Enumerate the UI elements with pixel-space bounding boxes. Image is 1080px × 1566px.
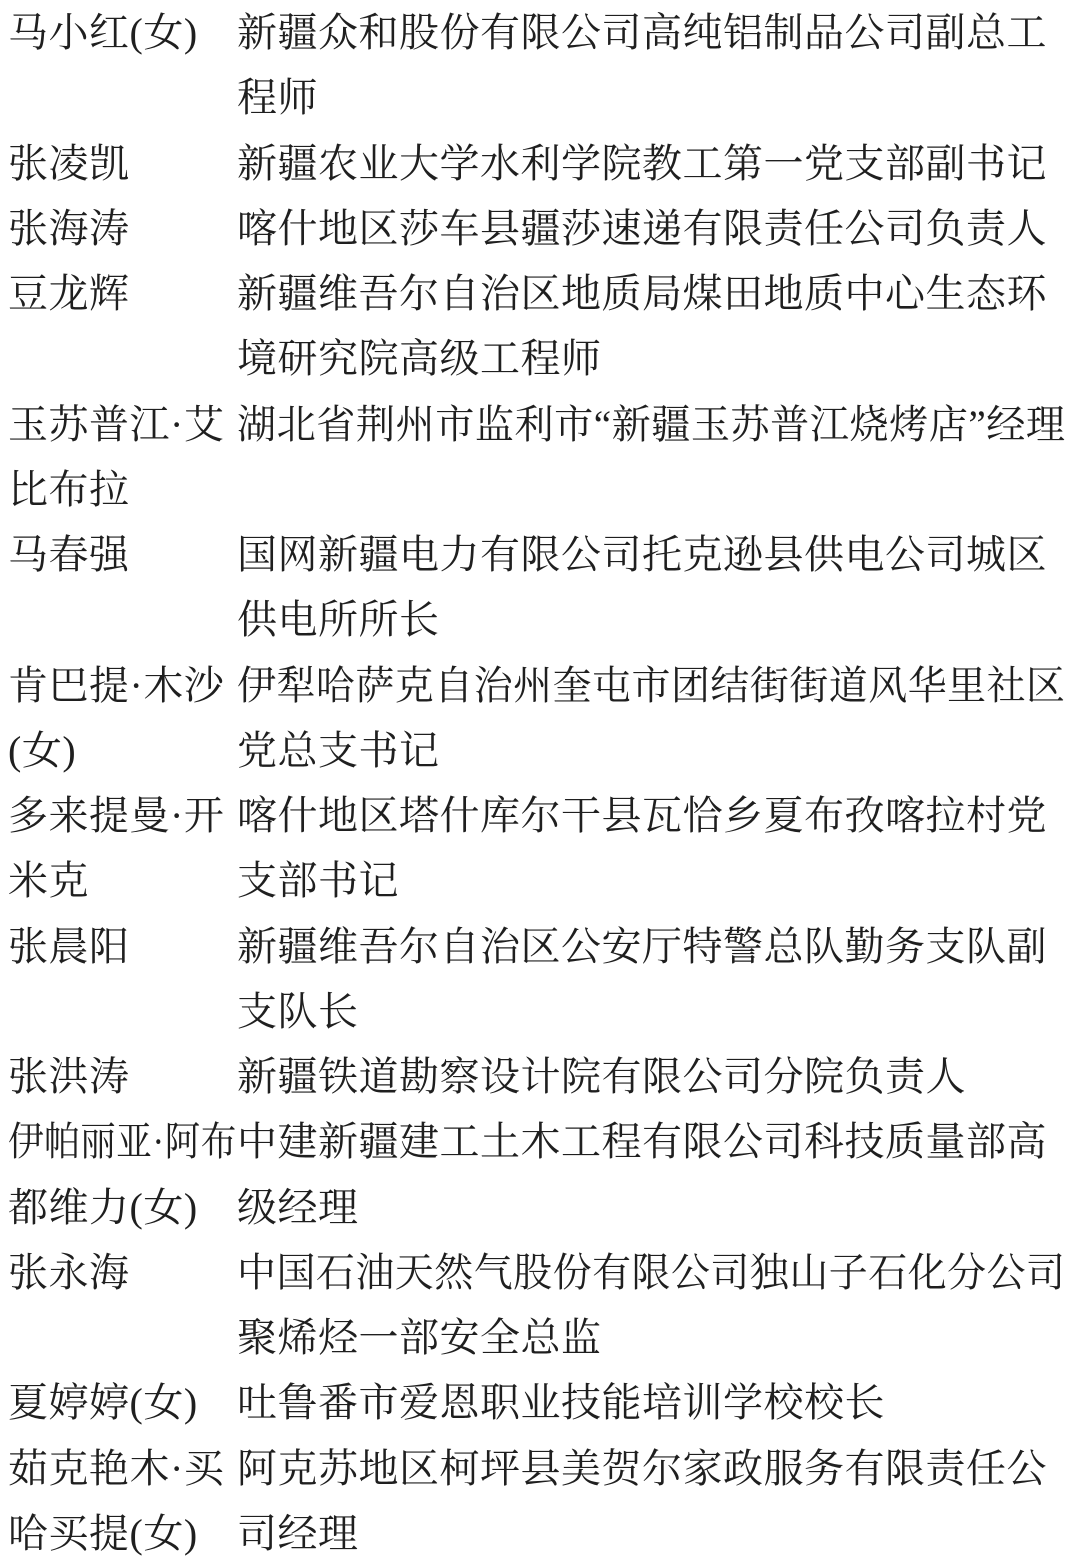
name-text: 张永海 (8, 1240, 130, 1305)
position-line: 支部书记 (237, 848, 1066, 913)
position-line: 党总支书记 (237, 718, 1066, 783)
position-text: 新疆铁道勘察设计院有限公司分院负责人 (237, 1044, 966, 1109)
position-text: 阿克苏地区柯坪县美贺尔家政服务有限责任公 (237, 1436, 1047, 1501)
person-position: 伊犁哈萨克自治州奎屯市团结街街道风华里社区党总支书记 (237, 653, 1080, 784)
person-name: 马小红(女) (0, 0, 237, 65)
position-text: 新疆维吾尔自治区公安厅特警总队勤务支队副 (237, 914, 1047, 979)
name-line: 都维力(女) (8, 1175, 237, 1240)
position-line: 新疆维吾尔自治区地质局煤田地质中心生态环 (237, 261, 1066, 326)
roster-row: 肯巴提·木沙(女) 伊犁哈萨克自治州奎屯市团结街街道风华里社区党总支书记 (0, 653, 1080, 784)
position-line: 湖北省荆州市监利市“新疆玉苏普江烧烤店”经理 (237, 392, 1066, 457)
position-text: 吐鲁番市爱恩职业技能培训学校校长 (237, 1370, 885, 1435)
name-line: 马小红(女) (8, 0, 237, 65)
roster-row: 马小红(女) 新疆众和股份有限公司高纯铝制品公司副总工程师 (0, 0, 1080, 131)
position-line: 新疆农业大学水利学院教工第一党支部副书记 (237, 131, 1066, 196)
name-text: 都维力(女) (8, 1175, 198, 1240)
position-line: 吐鲁番市爱恩职业技能培训学校校长 (237, 1370, 1066, 1435)
person-name: 多来提曼·开米克 (0, 783, 237, 914)
position-text: 喀什地区莎车县疆莎速递有限责任公司负责人 (237, 196, 1047, 261)
roster-list: 马小红(女) 新疆众和股份有限公司高纯铝制品公司副总工程师 张凌凯 新疆农业大学… (0, 0, 1080, 1566)
name-text: 玉苏普江·艾 (8, 392, 224, 457)
person-name: 马春强 (0, 522, 237, 587)
person-name: 伊帕丽亚·阿布都维力(女) (0, 1109, 237, 1240)
position-text: 供电所所长 (237, 587, 440, 652)
person-position: 新疆农业大学水利学院教工第一党支部副书记 (237, 131, 1080, 196)
person-name: 张海涛 (0, 196, 237, 261)
name-text: 豆龙辉 (8, 261, 130, 326)
position-line: 程师 (237, 65, 1066, 130)
position-line: 新疆维吾尔自治区公安厅特警总队勤务支队副 (237, 914, 1066, 979)
name-line: 伊帕丽亚·阿布 (8, 1109, 237, 1174)
name-text: 伊帕丽亚·阿布 (8, 1109, 237, 1174)
name-line: 张凌凯 (8, 131, 237, 196)
position-line: 中国石油天然气股份有限公司独山子石化分公司 (237, 1240, 1066, 1305)
position-text: 国网新疆电力有限公司托克逊县供电公司城区 (237, 522, 1047, 587)
roster-row: 张凌凯 新疆农业大学水利学院教工第一党支部副书记 (0, 131, 1080, 196)
person-position: 国网新疆电力有限公司托克逊县供电公司城区供电所所长 (237, 522, 1080, 653)
position-text: 支部书记 (237, 848, 399, 913)
position-line: 级经理 (237, 1175, 1066, 1240)
name-text: (女) (8, 718, 76, 783)
person-name: 夏婷婷(女) (0, 1370, 237, 1435)
name-text: 张凌凯 (8, 131, 130, 196)
position-line: 伊犁哈萨克自治州奎屯市团结街街道风华里社区 (237, 653, 1066, 718)
position-text: 司经理 (237, 1501, 359, 1566)
person-position: 湖北省荆州市监利市“新疆玉苏普江烧烤店”经理 (237, 392, 1080, 457)
position-line: 喀什地区塔什库尔干县瓦恰乡夏布孜喀拉村党 (237, 783, 1066, 848)
name-line: 比布拉 (8, 457, 237, 522)
person-position: 喀什地区莎车县疆莎速递有限责任公司负责人 (237, 196, 1080, 261)
name-line: 马春强 (8, 522, 237, 587)
person-position: 吐鲁番市爱恩职业技能培训学校校长 (237, 1370, 1080, 1435)
roster-row: 张海涛 喀什地区莎车县疆莎速递有限责任公司负责人 (0, 196, 1080, 261)
person-name: 张凌凯 (0, 131, 237, 196)
roster-row: 玉苏普江·艾比布拉 湖北省荆州市监利市“新疆玉苏普江烧烤店”经理 (0, 392, 1080, 523)
name-line: 玉苏普江·艾 (8, 392, 237, 457)
position-text: 新疆农业大学水利学院教工第一党支部副书记 (237, 131, 1047, 196)
name-line: (女) (8, 718, 237, 783)
position-line: 喀什地区莎车县疆莎速递有限责任公司负责人 (237, 196, 1066, 261)
name-line: 茹克艳木·买 (8, 1436, 237, 1501)
name-text: 比布拉 (8, 457, 130, 522)
roster-row: 多来提曼·开米克 喀什地区塔什库尔干县瓦恰乡夏布孜喀拉村党支部书记 (0, 783, 1080, 914)
position-text: 支队长 (237, 979, 359, 1044)
name-line: 张洪涛 (8, 1044, 237, 1109)
position-text: 喀什地区塔什库尔干县瓦恰乡夏布孜喀拉村党 (237, 783, 1047, 848)
position-text: 中国石油天然气股份有限公司独山子石化分公司 (237, 1240, 1066, 1305)
position-text: 党总支书记 (237, 718, 440, 783)
person-position: 新疆铁道勘察设计院有限公司分院负责人 (237, 1044, 1080, 1109)
person-name: 豆龙辉 (0, 261, 237, 326)
person-name: 张晨阳 (0, 914, 237, 979)
roster-row: 马春强 国网新疆电力有限公司托克逊县供电公司城区供电所所长 (0, 522, 1080, 653)
name-line: 张海涛 (8, 196, 237, 261)
roster-row: 夏婷婷(女) 吐鲁番市爱恩职业技能培训学校校长 (0, 1370, 1080, 1435)
name-text: 多来提曼·开 (8, 783, 224, 848)
roster-row: 张洪涛 新疆铁道勘察设计院有限公司分院负责人 (0, 1044, 1080, 1109)
position-line: 新疆铁道勘察设计院有限公司分院负责人 (237, 1044, 1066, 1109)
person-position: 新疆维吾尔自治区地质局煤田地质中心生态环境研究院高级工程师 (237, 261, 1080, 392)
name-text: 张晨阳 (8, 914, 130, 979)
position-line: 司经理 (237, 1501, 1066, 1566)
position-line: 中建新疆建工土木工程有限公司科技质量部高 (237, 1109, 1066, 1174)
roster-row: 张晨阳 新疆维吾尔自治区公安厅特警总队勤务支队副支队长 (0, 914, 1080, 1045)
position-line: 支队长 (237, 979, 1066, 1044)
person-position: 新疆众和股份有限公司高纯铝制品公司副总工程师 (237, 0, 1080, 131)
name-text: 夏婷婷(女) (8, 1370, 198, 1435)
name-text: 哈买提(女) (8, 1501, 198, 1566)
name-line: 豆龙辉 (8, 261, 237, 326)
person-name: 肯巴提·木沙(女) (0, 653, 237, 784)
roster-row: 张永海 中国石油天然气股份有限公司独山子石化分公司聚烯烃一部安全总监 (0, 1240, 1080, 1371)
position-text: 伊犁哈萨克自治州奎屯市团结街街道风华里社区 (237, 653, 1066, 718)
position-text: 聚烯烃一部安全总监 (237, 1305, 602, 1370)
person-name: 玉苏普江·艾比布拉 (0, 392, 237, 523)
position-text: 中建新疆建工土木工程有限公司科技质量部高 (237, 1109, 1047, 1174)
name-line: 米克 (8, 848, 237, 913)
position-text: 新疆维吾尔自治区地质局煤田地质中心生态环 (237, 261, 1047, 326)
position-text: 湖北省荆州市监利市“新疆玉苏普江烧烤店”经理 (237, 392, 1066, 457)
person-name: 茹克艳木·买哈买提(女) (0, 1436, 237, 1566)
position-line: 国网新疆电力有限公司托克逊县供电公司城区 (237, 522, 1066, 587)
position-line: 境研究院高级工程师 (237, 326, 1066, 391)
person-name: 张洪涛 (0, 1044, 237, 1109)
position-line: 新疆众和股份有限公司高纯铝制品公司副总工 (237, 0, 1066, 65)
position-text: 程师 (237, 65, 318, 130)
position-text: 新疆众和股份有限公司高纯铝制品公司副总工 (237, 0, 1047, 65)
name-text: 茹克艳木·买 (8, 1436, 224, 1501)
position-text: 境研究院高级工程师 (237, 326, 602, 391)
person-position: 阿克苏地区柯坪县美贺尔家政服务有限责任公司经理 (237, 1436, 1080, 1566)
name-text: 张洪涛 (8, 1044, 130, 1109)
position-text: 级经理 (237, 1175, 359, 1240)
name-line: 多来提曼·开 (8, 783, 237, 848)
roster-row: 茹克艳木·买哈买提(女) 阿克苏地区柯坪县美贺尔家政服务有限责任公司经理 (0, 1436, 1080, 1566)
position-line: 聚烯烃一部安全总监 (237, 1305, 1066, 1370)
roster-row: 伊帕丽亚·阿布都维力(女) 中建新疆建工土木工程有限公司科技质量部高级经理 (0, 1109, 1080, 1240)
roster-page: 马小红(女) 新疆众和股份有限公司高纯铝制品公司副总工程师 张凌凯 新疆农业大学… (0, 0, 1080, 1566)
name-line: 哈买提(女) (8, 1501, 237, 1566)
name-text: 张海涛 (8, 196, 130, 261)
name-line: 张永海 (8, 1240, 237, 1305)
person-position: 新疆维吾尔自治区公安厅特警总队勤务支队副支队长 (237, 914, 1080, 1045)
name-line: 肯巴提·木沙 (8, 653, 237, 718)
roster-row: 豆龙辉 新疆维吾尔自治区地质局煤田地质中心生态环境研究院高级工程师 (0, 261, 1080, 392)
name-text: 米克 (8, 848, 89, 913)
name-text: 马小红(女) (8, 0, 198, 65)
position-line: 阿克苏地区柯坪县美贺尔家政服务有限责任公 (237, 1436, 1066, 1501)
name-line: 夏婷婷(女) (8, 1370, 237, 1435)
name-line: 张晨阳 (8, 914, 237, 979)
person-name: 张永海 (0, 1240, 237, 1305)
position-line: 供电所所长 (237, 587, 1066, 652)
person-position: 喀什地区塔什库尔干县瓦恰乡夏布孜喀拉村党支部书记 (237, 783, 1080, 914)
person-position: 中国石油天然气股份有限公司独山子石化分公司聚烯烃一部安全总监 (237, 1240, 1080, 1371)
name-text: 马春强 (8, 522, 130, 587)
name-text: 肯巴提·木沙 (8, 653, 224, 718)
person-position: 中建新疆建工土木工程有限公司科技质量部高级经理 (237, 1109, 1080, 1240)
